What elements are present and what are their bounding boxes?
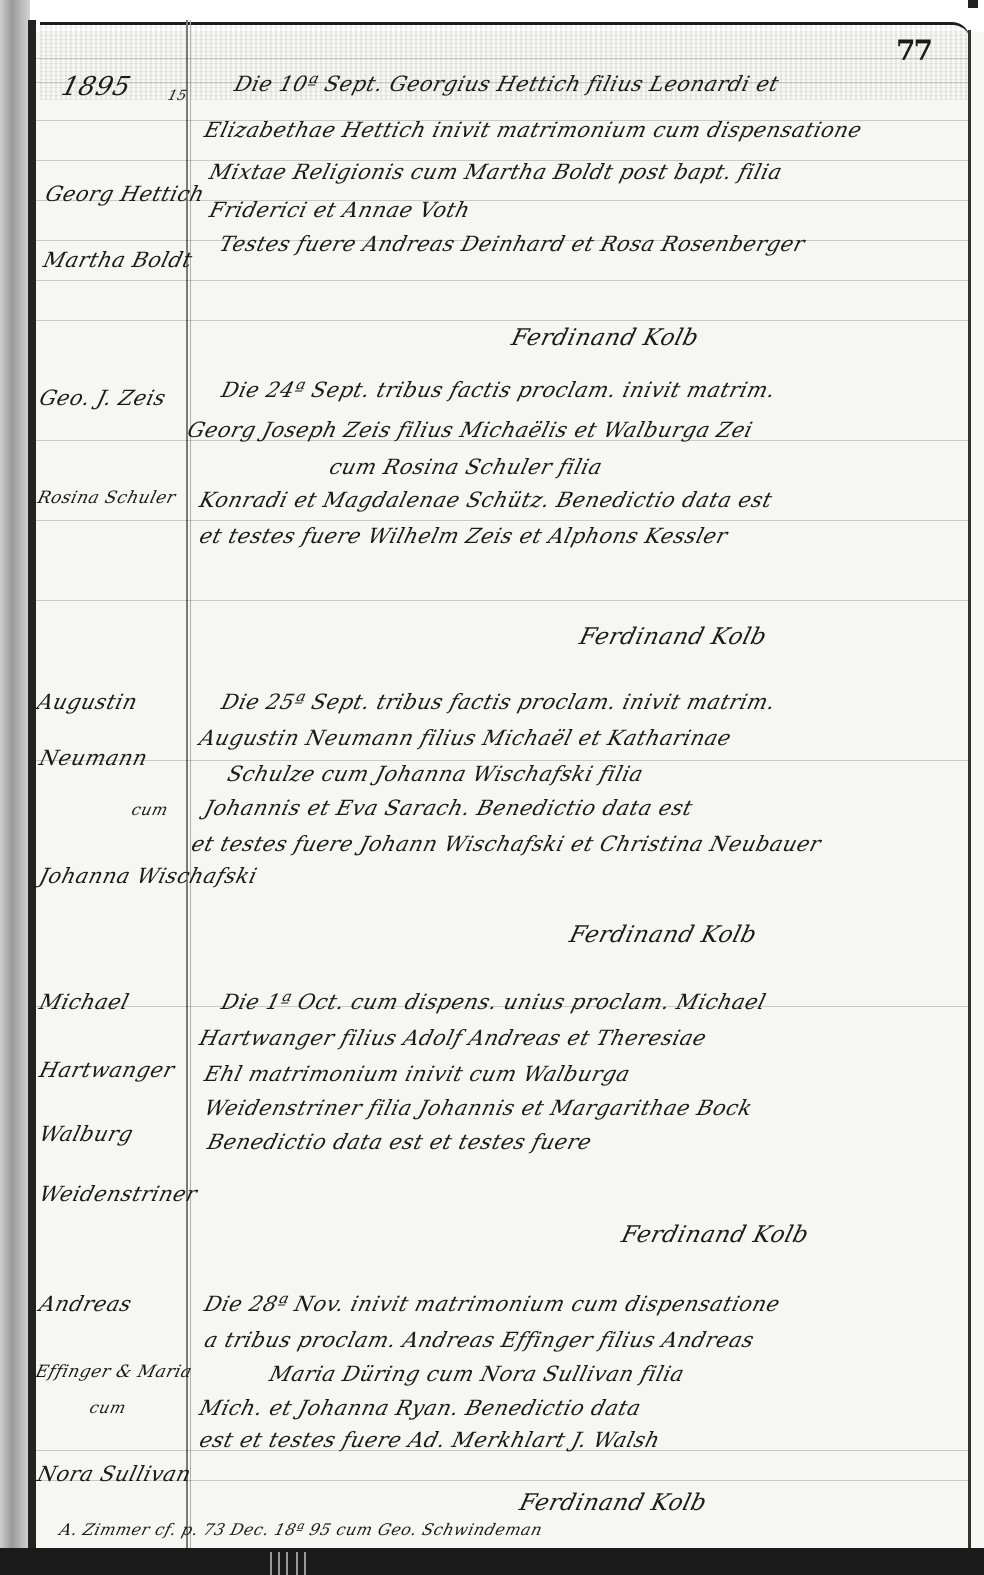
entry-line: Konradi et Magdalenae Schütz. Benedictio…: [197, 488, 775, 512]
entry-line: Friderici et Annae Voth: [207, 198, 473, 222]
book-gutter: [28, 20, 36, 1575]
year-annotation: 15: [166, 88, 189, 104]
scan-bottom-edge: [0, 1548, 984, 1575]
page-right-edge: [968, 30, 971, 1560]
entry-line: Hartwanger filius Adolf Andreas et There…: [197, 1026, 709, 1050]
entry-line: et testes fuere Johann Wischafski et Chr…: [189, 832, 824, 856]
register-page: 77 1895 15 Die 10ª Sept. Georgius Hettic…: [0, 0, 984, 1575]
margin-groom-first-name: Michael: [37, 990, 132, 1014]
year-heading: 1895: [58, 72, 134, 102]
entry-line: Die 10ª Sept. Georgius Hettich filius Le…: [232, 72, 782, 96]
entry-line: Augustin Neumann filius Michaël et Katha…: [197, 726, 734, 750]
entry-line: Die 28ª Nov. inivit matrimonium cum disp…: [202, 1292, 783, 1316]
entry-line: est et testes fuere Ad. Merkhlart J. Wal…: [197, 1428, 663, 1452]
entry-line: Johannis et Eva Sarach. Benedictio data …: [202, 796, 695, 820]
margin-bride-first-name: Walburg: [37, 1122, 136, 1146]
margin-groom-surname: Hartwanger: [37, 1058, 177, 1082]
entry-line: Mich. et Johanna Ryan. Benedictio data: [197, 1396, 644, 1420]
entry-line: Schulze cum Johanna Wischafski filia: [225, 762, 646, 786]
ruled-line: [36, 280, 968, 281]
page-number: 77: [896, 34, 931, 67]
margin-groom-first-name: Augustin: [35, 690, 140, 714]
entry-line: Die 1ª Oct. cum dispens. unius proclam. …: [219, 990, 769, 1014]
entry-line: et testes fuere Wilhelm Zeis et Alphons …: [197, 524, 730, 548]
margin-bride-name: Rosina Schuler: [36, 488, 178, 508]
entry-line: Ehl matrimonium inivit cum Walburga: [202, 1062, 633, 1086]
priest-signature: Ferdinand Kolb: [509, 325, 702, 351]
margin-cum: cum: [88, 1398, 129, 1417]
priest-signature: Ferdinand Kolb: [619, 1222, 812, 1248]
priest-signature: Ferdinand Kolb: [577, 624, 770, 650]
entry-line: Maria Düring cum Nora Sullivan filia: [267, 1362, 687, 1386]
ruled-line: [36, 520, 968, 521]
priest-signature: Ferdinand Kolb: [567, 922, 760, 948]
scan-artifact: [968, 0, 978, 8]
footer-annotation: A. Zimmer cf. p. 73 Dec. 18ª 95 cum Geo.…: [58, 1520, 545, 1539]
entry-line: Die 25ª Sept. tribus factis proclam. ini…: [219, 690, 778, 714]
margin-bride-surname: Weidenstriner: [37, 1182, 200, 1206]
entry-line: Benedictio data est et testes fuere: [205, 1130, 594, 1154]
margin-groom-name: Geo. J. Zeis: [37, 386, 168, 410]
margin-groom-surname: Neumann: [37, 746, 150, 770]
margin-bride-name: Johanna Wischafski: [37, 864, 260, 888]
ruled-line: [36, 320, 968, 321]
entry-line: a tribus proclam. Andreas Effinger filiu…: [202, 1328, 757, 1352]
priest-signature: Ferdinand Kolb: [517, 1490, 710, 1516]
margin-groom-first-name: Andreas: [37, 1292, 134, 1316]
margin-groom-surname: Effinger & Maria: [34, 1362, 195, 1382]
ruled-line: [36, 600, 968, 601]
entry-line: Mixtae Religionis cum Martha Boldt post …: [207, 160, 785, 184]
ruled-line: [36, 58, 968, 59]
margin-bride-name: Martha Boldt: [41, 248, 195, 272]
entry-line: Georg Joseph Zeis filius Michaëlis et Wa…: [185, 418, 755, 442]
entry-line: Weidenstriner filia Johannis et Margarit…: [202, 1096, 755, 1120]
book-binding-shadow: [0, 0, 30, 1575]
ruled-line: [36, 760, 968, 761]
margin-cum: cum: [130, 800, 171, 819]
entry-line: Testes fuere Andreas Deinhard et Rosa Ro…: [217, 232, 808, 256]
margin-bride-name: Nora Sullivan: [35, 1462, 194, 1486]
entry-line: Die 24ª Sept. tribus factis proclam. ini…: [219, 378, 778, 402]
entry-line: cum Rosina Schuler filia: [327, 455, 605, 479]
margin-groom-name: Georg Hettich: [43, 182, 207, 206]
entry-line: Elizabethae Hettich inivit matrimonium c…: [202, 118, 865, 142]
